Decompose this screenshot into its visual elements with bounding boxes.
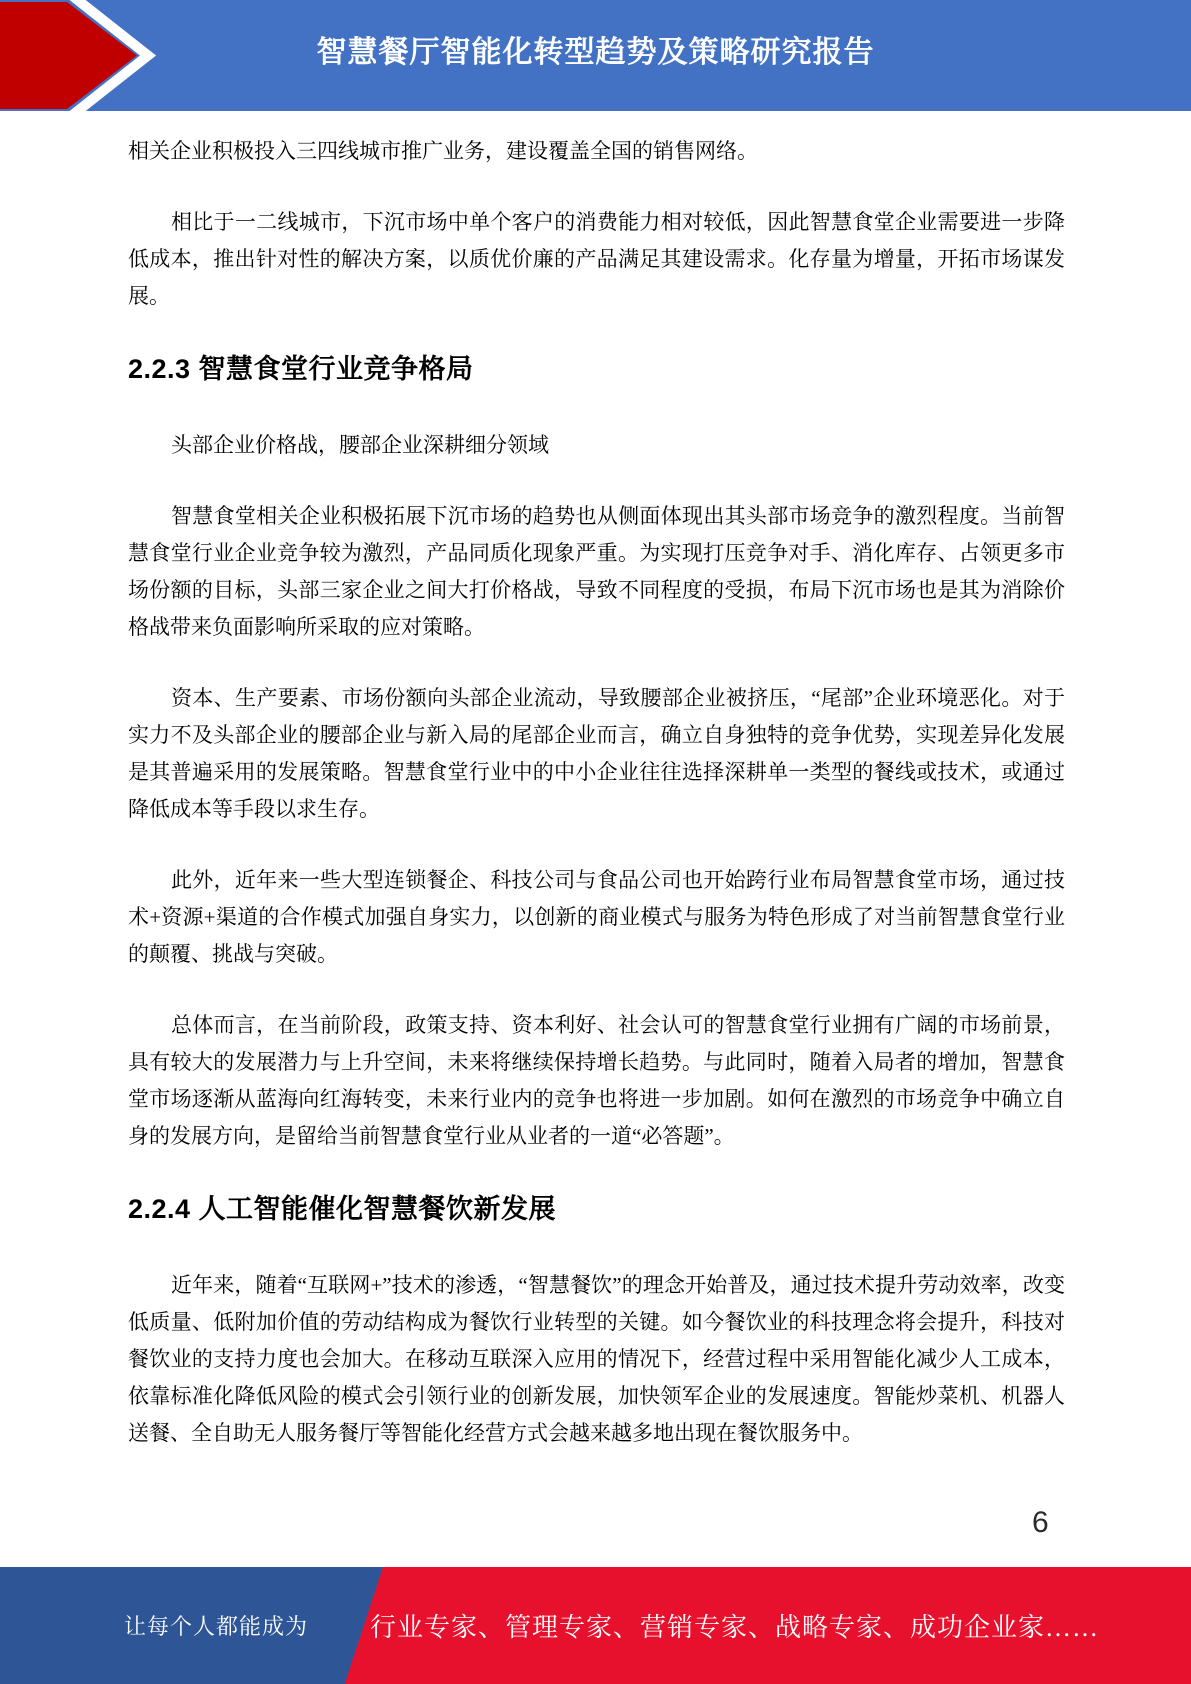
- report-title: 智慧餐厅智能化转型趋势及策略研究报告: [317, 27, 875, 71]
- footer-slogan-right: 行业专家、管理专家、营销专家、战略专家、成功企业家……: [370, 1567, 1099, 1684]
- page-number: 6: [1032, 1506, 1049, 1540]
- footer-slogan-left: 让每个人都能成为: [0, 1567, 308, 1684]
- paragraph-cross-industry: 此外，近年来一些大型连锁餐企、科技公司与食品公司也开始跨行业布局智慧食堂市场，通…: [128, 862, 1065, 973]
- paragraph-subtitle: 头部企业价格战，腰部企业深耕细分领域: [128, 427, 1065, 464]
- paragraph-carryover: 相关企业积极投入三四线城市推广业务，建设覆盖全国的销售网络。: [128, 133, 1065, 170]
- paragraph-ai-catalyst: 近年来，随着“互联网+”技术的渗透，“智慧餐饮”的理念开始普及，通过技术提升劳动…: [128, 1267, 1065, 1452]
- red-arrow-icon: [0, 0, 210, 111]
- paragraph-sinking-market: 相比于一二线城市，下沉市场中单个客户的消费能力相对较低，因此智慧食堂企业需要进一…: [128, 204, 1065, 315]
- paragraph-summary: 总体而言，在当前阶段，政策支持、资本利好、社会认可的智慧食堂行业拥有广阔的市场前…: [128, 1007, 1065, 1155]
- paragraph-competition: 智慧食堂相关企业积极拓展下沉市场的趋势也从侧面体现出其头部市场竞争的激烈程度。当…: [128, 498, 1065, 646]
- page-footer: 让每个人都能成为 行业专家、管理专家、营销专家、战略专家、成功企业家……: [0, 1567, 1191, 1684]
- paragraph-capital-flow: 资本、生产要素、市场份额向头部企业流动，导致腰部企业被挤压，“尾部”企业环境恶化…: [128, 680, 1065, 828]
- document-body: 相关企业积极投入三四线城市推广业务，建设覆盖全国的销售网络。 相比于一二线城市，…: [128, 111, 1065, 1486]
- page-header: 智慧餐厅智能化转型趋势及策略研究报告: [0, 0, 1191, 111]
- report-page: { "header": { "title": "智慧餐厅智能化转型趋势及策略研究…: [0, 0, 1191, 1684]
- section-heading-2-2-4: 2.2.4 人工智能催化智慧餐饮新发展: [128, 1189, 1065, 1229]
- section-heading-2-2-3: 2.2.3 智慧食堂行业竞争格局: [128, 349, 1065, 389]
